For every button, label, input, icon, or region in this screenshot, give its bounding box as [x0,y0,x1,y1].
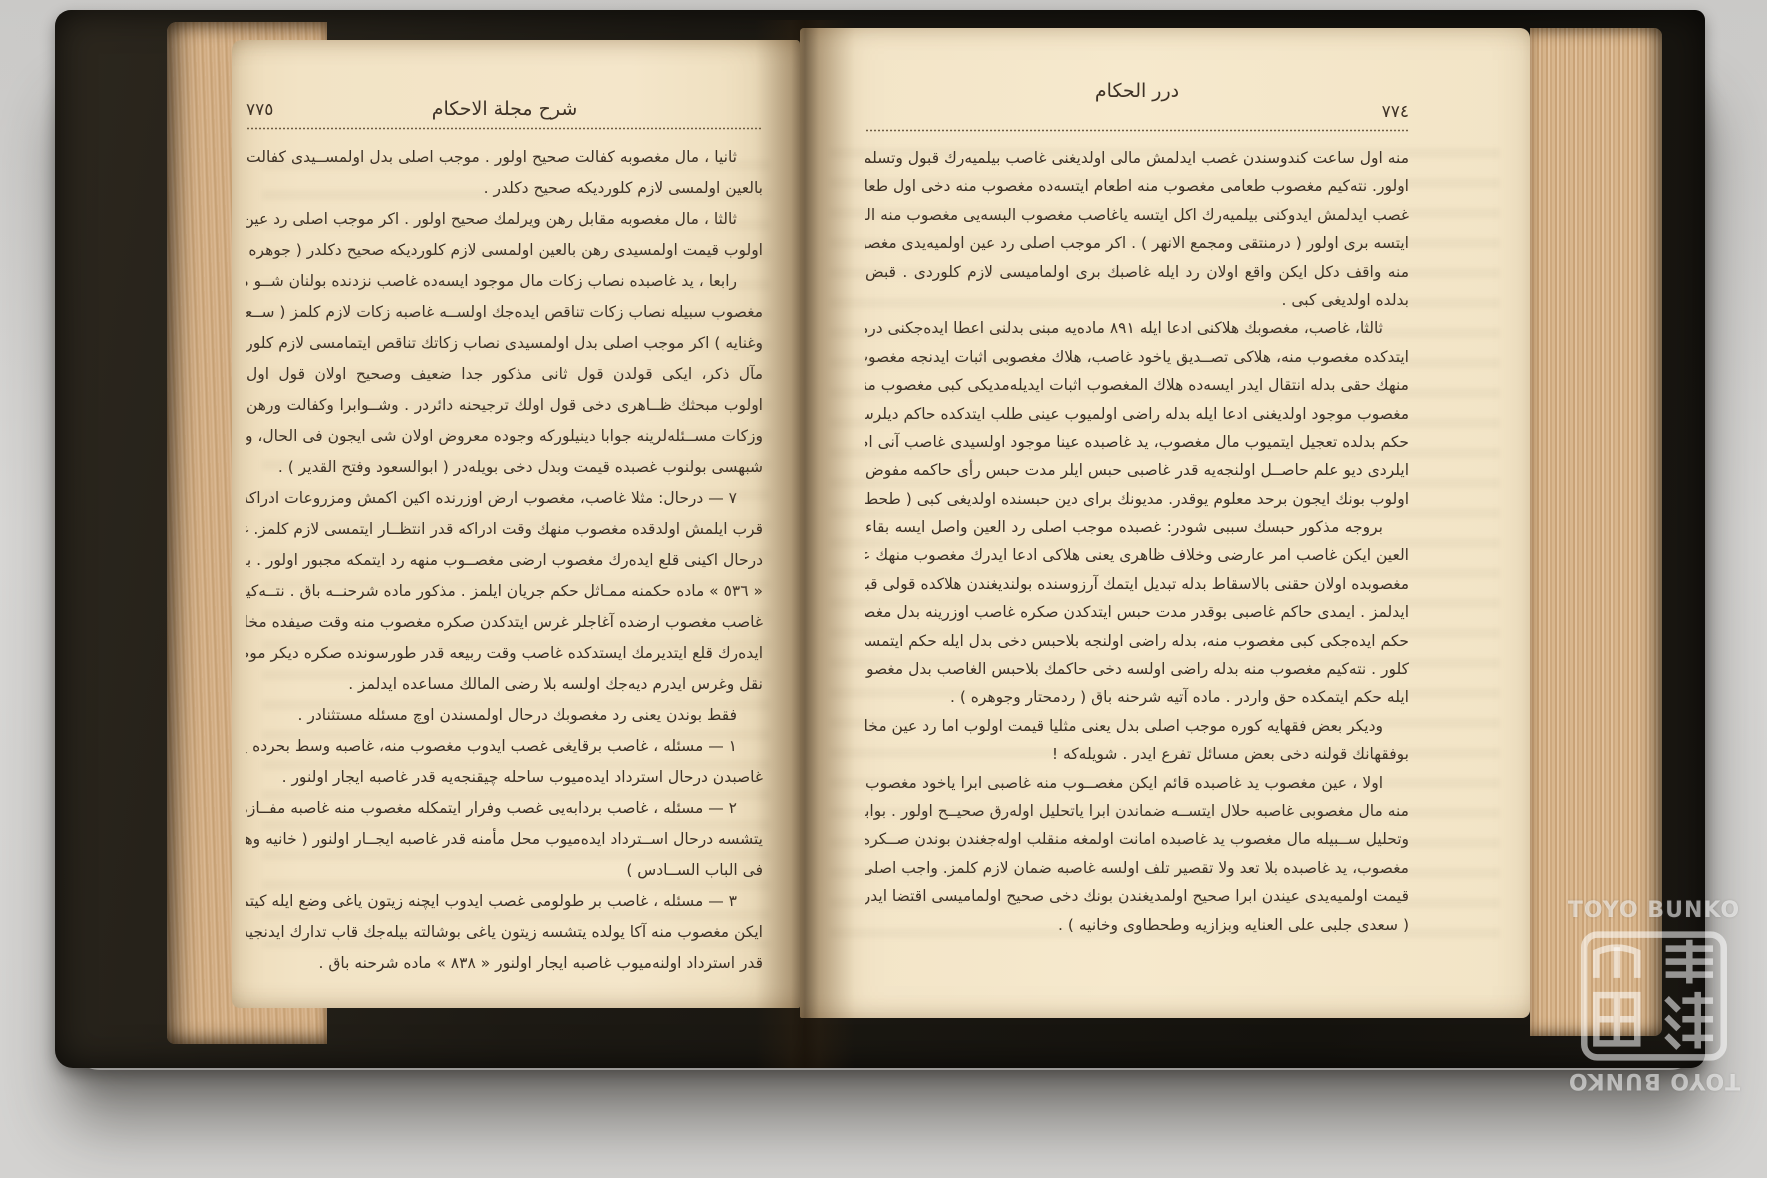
text-line: شبهسى بولنوب غصبده قيمت وبدل دخى بويله‌د… [246,452,763,483]
page-edges-right [1530,28,1662,1036]
text-line: غاصبدن درحال استرداد ايده‌ميوب ساحله چيق… [246,762,763,793]
text-line: غصب ايدلمش ايدوكنى بيلميه‌رك اكل ايتسه ي… [865,201,1409,229]
text-line: « ٥٣٦ » ماده حكمنه ممـاثل حكم جريان ايلم… [246,576,763,607]
text-line: وتحليل ســبيله مال مغصوب يد غاصبده امانت… [865,825,1409,853]
text-line: وديكر بعض فقهايه كوره موجب اصلى بدل يعنى… [865,712,1409,740]
text-line: بوفقهانك قولنه دخى بعض مسائل تفرع ايدر .… [865,740,1409,768]
photo-scene: شرح مجلة الاحكام ٧٧٥ ثانيا ، مال مغصوبه … [0,0,1767,1178]
text-line: اولا ، عين مغصوب يد غاصبده قائم ايكن مغص… [865,769,1409,797]
text-line: ايلردى ديو علم حاصــل اولنجه‌يه قدر غاصب… [865,456,1409,484]
text-line: ٣ — مسئله ، غاصب بر طولومى غصب ايدوب ايچ… [246,886,763,917]
left-page: شرح مجلة الاحكام ٧٧٥ ثانيا ، مال مغصوبه … [232,40,800,1008]
text-line: ٢ — مسئله ، غاصب بردابه‌يى غصب وفرار ايت… [246,793,763,824]
text-line: منه مال مغصوبى غاصبه حلال ايتســه ضماندن… [865,797,1409,825]
text-line: العين ايكن غاصب امر عارضى وخلاف ظاهرى يع… [865,541,1409,569]
text-line: مآل ذكر، ايكى قولدن قول ثانى مذكور جدا ض… [246,359,763,390]
text-line: ايدلمز . ايمدى حاكم غاصبى بوقدر مدت حبس … [865,598,1409,626]
text-line: بدلده اولديغى كبى . [865,286,1409,314]
text-line: منهك حقى بدله انتقال ايدر ايسه‌ده هلاك ا… [865,371,1409,399]
text-line: ايله حكم ايتمكده حق واردر . ماده آتيه شر… [865,683,1409,711]
text-line: قدر استرداد اولنه‌ميوب غاصبه ايجار اولنو… [246,948,763,979]
text-line: ١ — مسئله ، غاصب برقايغى غصب ايدوب مغصوب… [246,731,763,762]
text-line: مغصوب، يد غاصبده بلا تعد ولا تقصير تلف ا… [865,854,1409,882]
text-line: منه اول ساعت كندوسندن غصب ايدلمش مالى او… [865,144,1409,172]
right-page: درر الحكام ٧٧٤ منه اول ساعت كندوسندن غصب… [800,28,1530,1018]
text-line: بالعين اولمسى لازم كلورديكه صحيح دكلدر . [246,173,763,204]
right-page-header: درر الحكام ٧٧٤ [865,28,1409,122]
text-line: اولوب قيمت اولمسيدى رهن بالعين اولمسى لا… [246,235,763,266]
text-line: يتشسه درحال اســترداد ايده‌ميوب محل مأمن… [246,824,763,855]
text-line: ايده‌رك قلع ايتديرمك ايستدكده غاصب وقت ر… [246,638,763,669]
book: شرح مجلة الاحكام ٧٧٥ ثانيا ، مال مغصوبه … [55,10,1705,1068]
text-line: درحال اكينى قلع ايده‌رك مغصوب ارضى مغصــ… [246,545,763,576]
text-line: وزكات مســئله‌لرينه جوابا دينيلوركه وجود… [246,421,763,452]
text-line: رابعا ، يد غاصبده نصاب زكات مال موجود اي… [246,266,763,297]
text-line: ثانيا ، مال مغصوبه كفالت صحيح اولور . مو… [246,142,763,173]
text-line: وغنايه ) اكر موجب اصلى بدل اولمسيدى نصاب… [246,328,763,359]
left-page-title: شرح مجلة الاحكام [432,98,578,120]
text-line: اولوب بونك ايجون برحد معلوم يوقدر. مديون… [865,485,1409,513]
text-line: حكم ايده‌جكى كبى مغصوب منه، بدله راضى او… [865,627,1409,655]
text-line: قرب ايلمش اولدقده مغصوب منهك وقت ادراكه … [246,514,763,545]
text-line: قيمت اولميه‌يدى عيندن ابرا صحيح اولمديغن… [865,882,1409,910]
text-line: ثالثا، غاصب، مغصوبك هلاكنى ادعا ايله ٨٩١… [865,314,1409,342]
left-page-number: ٧٧٥ [246,100,273,120]
text-line: ثالثا ، مال مغصوبه مقابل رهن ويرلمك صحيح… [246,204,763,235]
text-line: فقط بوندن يعنى رد مغصوبك درحال اولمسندن … [246,700,763,731]
text-line: ايتدكده مغصوب منه، هلاكى تصــديق ياخود غ… [865,343,1409,371]
text-line: مغصوب سبيله نصاب زكات تناقص ايده‌جك اولس… [246,297,763,328]
left-header-rule [246,127,763,130]
text-line: نقل وغرس ايدرم ديه‌جك اولسه بلا رضى الما… [246,669,763,700]
text-line: فى الباب الســادس ) [246,855,763,886]
text-line: ايكن مغصوب منه آكا يولده يتشسه زيتون ياغ… [246,917,763,948]
watermark-text-bottom: TOYO BUNKO [1552,1068,1756,1093]
text-line: ايتسه برى اولور ( درمنتقى ومجمع الانهر )… [865,229,1409,257]
text-line: اولوب مبحثك ظــاهرى دخى قول اولك ترجيحنه… [246,390,763,421]
text-line: اولور. نته‌كيم مغصوب طعامى مغصوب منه اطع… [865,172,1409,200]
text-line: حكم بدلده تعجيل ايتميوب مال مغصوب، يد غا… [865,428,1409,456]
right-header-rule [865,129,1409,132]
text-line: بروجه مذكور حبسك سببى شودر: غصبده موجب ا… [865,513,1409,541]
text-line: مغصوب موجود اولديغنى ادعا ايله بدله راضى… [865,400,1409,428]
right-page-text: منه اول ساعت كندوسندن غصب ايدلمش مالى او… [865,144,1409,939]
right-page-number: ٧٧٤ [1382,102,1409,122]
left-page-text: ثانيا ، مال مغصوبه كفالت صحيح اولور . مو… [246,142,763,979]
left-page-header: شرح مجلة الاحكام ٧٧٥ [246,40,763,120]
text-line: غاصب مغصوب ارضده آغاجلر غرس ايتدكدن صكره… [246,607,763,638]
text-line: منه واقف دكل ايكن واقع اولان رد ايله غاص… [865,258,1409,286]
text-line: مغصوبده اولان حقنى بالاسقاط بدله تبديل ا… [865,570,1409,598]
text-line: كلور . نته‌كيم مغصوب منه بدله راضى اولسه… [865,655,1409,683]
text-line: ( سعدى جلبى على العنايه وبزازيه وطحطاوى … [865,911,1409,939]
text-line: ٧ — درحال: مثلا غاصب، مغصوب ارض اوزرنده … [246,483,763,514]
right-page-title: درر الحكام [1095,80,1179,102]
